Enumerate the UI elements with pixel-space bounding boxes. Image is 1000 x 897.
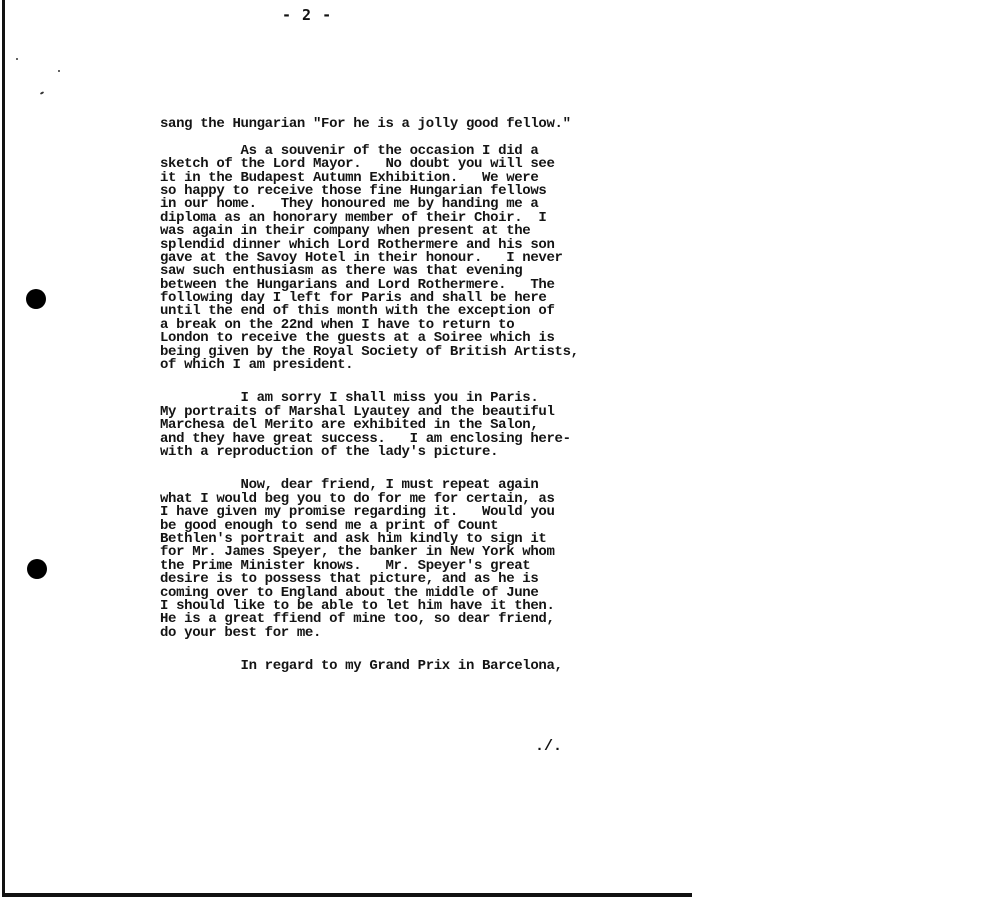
scan-speck [16, 58, 18, 60]
punch-hole [26, 289, 46, 309]
scan-speck [58, 70, 60, 72]
text-line: do your best for me. [160, 627, 640, 640]
page-number: - 2 - [282, 6, 332, 24]
paragraph-gap [160, 459, 640, 479]
scan-speck [40, 91, 44, 95]
text-line: In regard to my Grand Prix in Barcelona, [160, 660, 640, 673]
letter-body: sang the Hungarian "For he is a jolly go… [160, 118, 640, 673]
text-line: with a reproduction of the lady's pictur… [160, 446, 640, 459]
page-bottom-edge [2, 893, 692, 897]
paragraph: I am sorry I shall miss you in Paris.My … [160, 392, 640, 459]
paragraph-gap [160, 372, 640, 392]
paragraph: As a souvenir of the occasion I did aske… [160, 145, 640, 373]
text-line: of which I am president. [160, 359, 640, 372]
punch-hole [27, 559, 47, 579]
continuation-mark: ./. [535, 738, 562, 755]
page-left-edge [2, 0, 5, 897]
paragraph-gap [160, 640, 640, 660]
paragraph: Now, dear friend, I must repeat againwha… [160, 479, 640, 640]
paragraph: In regard to my Grand Prix in Barcelona, [160, 660, 640, 673]
text-line: sang the Hungarian "For he is a jolly go… [160, 118, 640, 131]
paragraph: sang the Hungarian "For he is a jolly go… [160, 118, 640, 131]
